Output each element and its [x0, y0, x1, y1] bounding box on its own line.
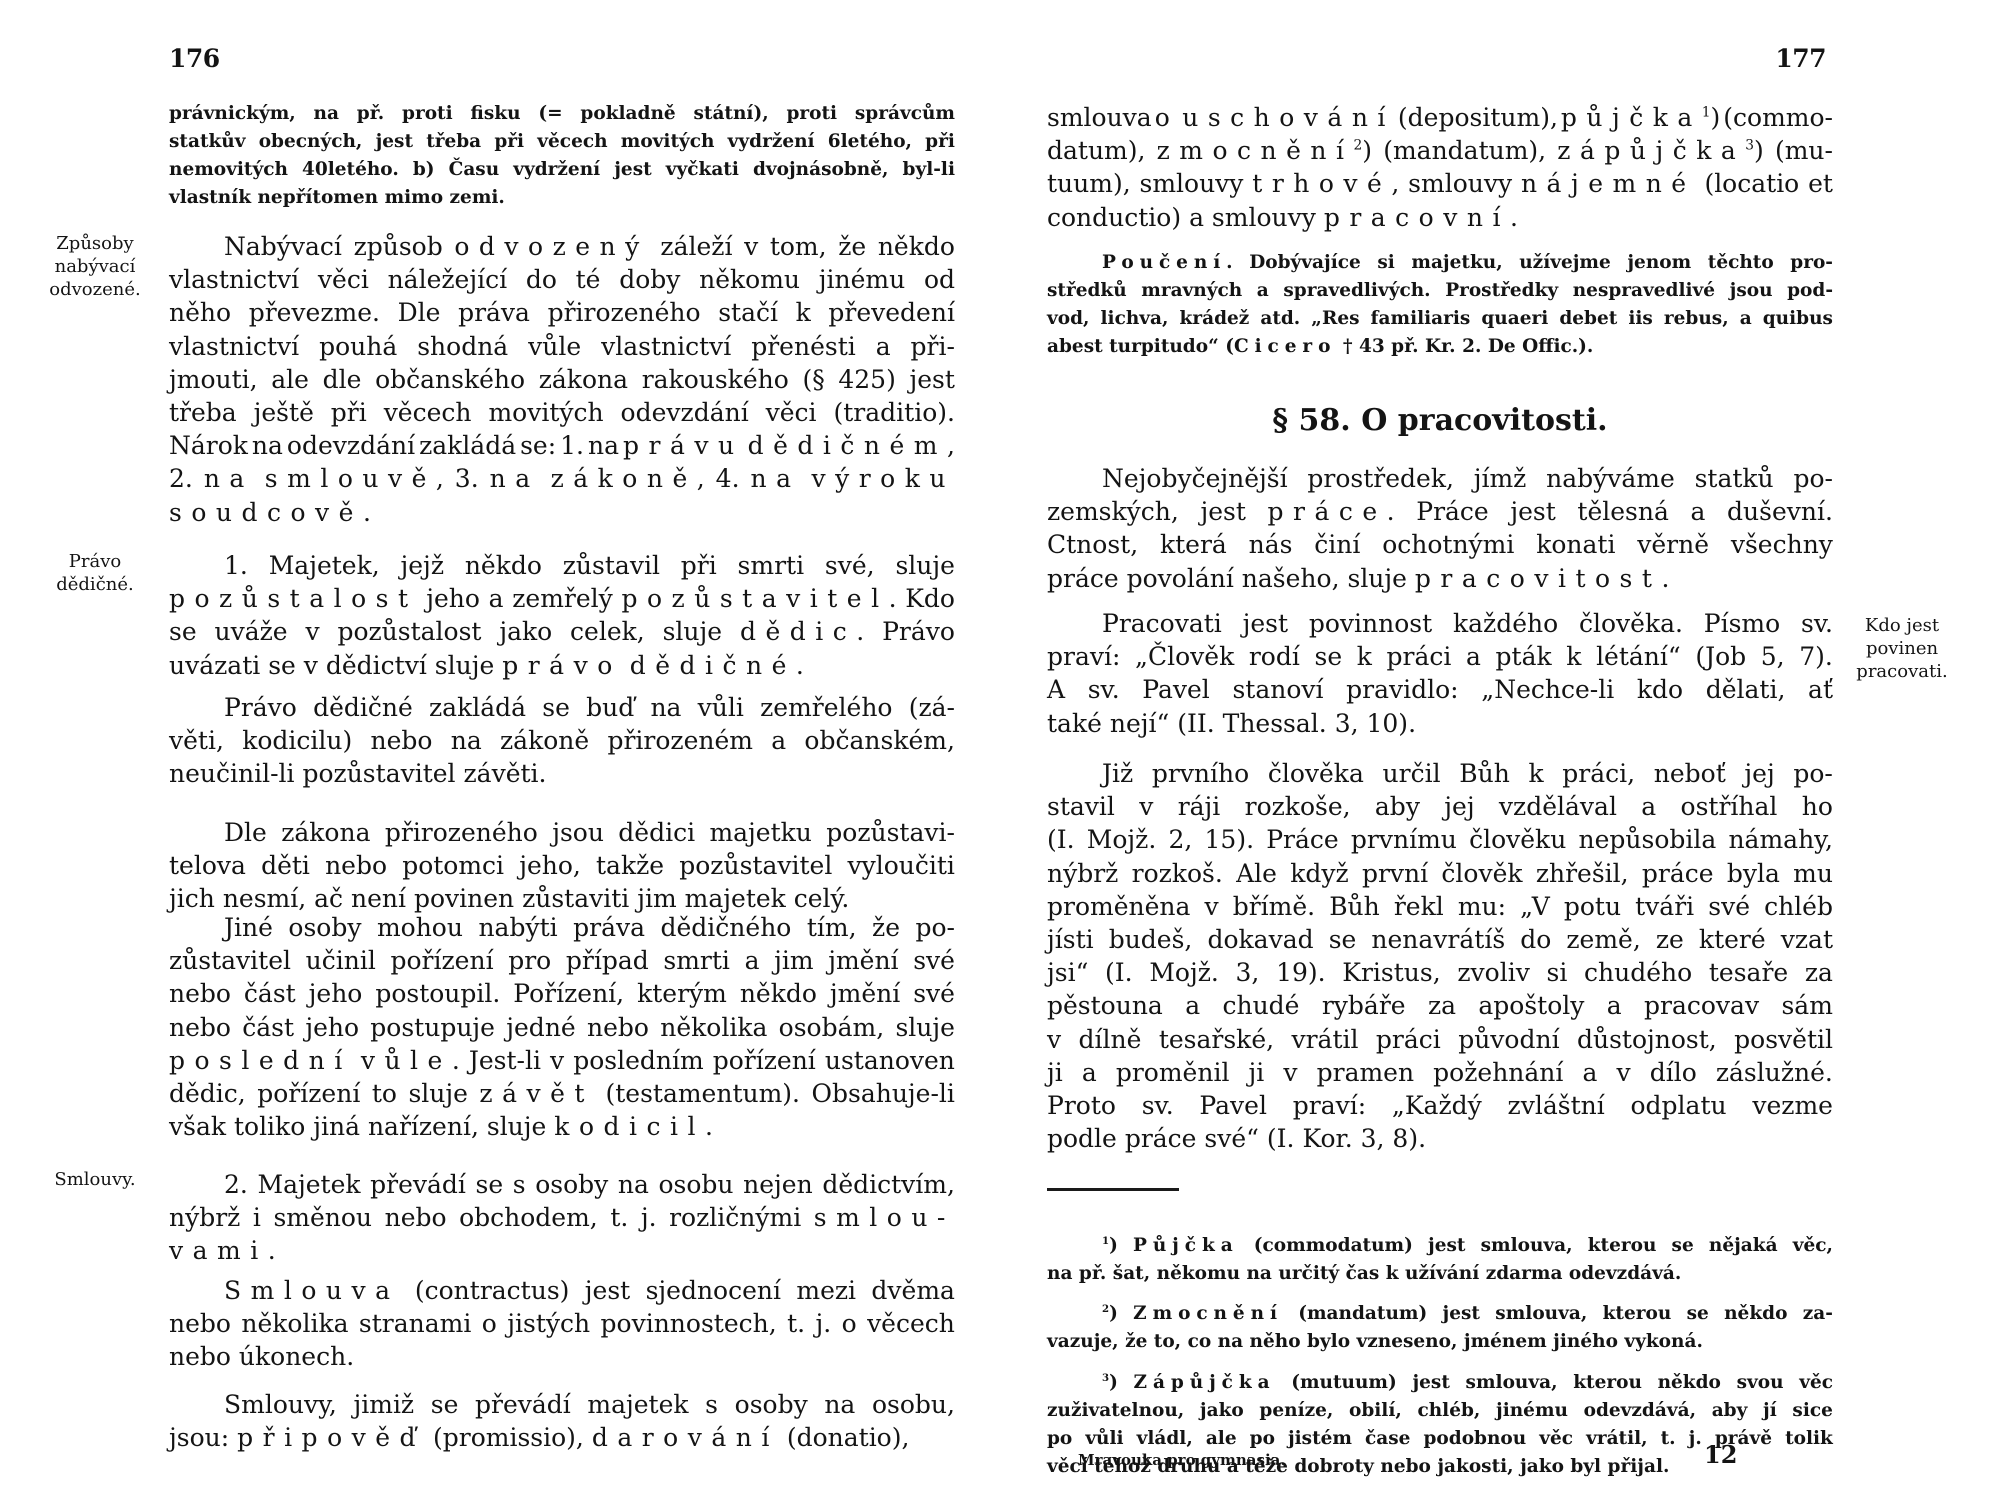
text-line: vdílnětesařské,vrátilprácipůvodnídůstojn… [1047, 1023, 1833, 1056]
word: prvnímu [1351, 825, 1457, 854]
text-line: zůstavitelučinilpořízenípropřípadsmrtiaj… [169, 944, 955, 977]
word: nenavrátíš [1371, 925, 1505, 954]
word: jmění [828, 946, 898, 975]
word: rozkoš. [1132, 859, 1223, 888]
word: svou [1737, 1372, 1784, 1393]
word: kodicilu) [242, 726, 352, 755]
word: 8). [1392, 1124, 1426, 1153]
emphasized-term: darování [592, 1423, 779, 1452]
word: zákona [281, 818, 370, 847]
word: zvláštní [1508, 1091, 1605, 1120]
word: mu: [1458, 892, 1506, 921]
word: 2. [224, 1170, 248, 1199]
text-line: neučinil-li pozůstavitel závěti. [169, 757, 955, 790]
word: jest [585, 1276, 630, 1305]
word: peníze, [1259, 1400, 1333, 1421]
word: vůli [698, 693, 744, 722]
word: postoupil. [375, 979, 500, 1008]
text-line: nebo úkonech. [169, 1340, 955, 1373]
word: rakouského [642, 365, 789, 394]
word: jmění [830, 979, 900, 1008]
word: na [1047, 1263, 1072, 1284]
word: tuum), [1047, 169, 1131, 198]
word: jímž [1474, 464, 1527, 493]
word: jedné [506, 1013, 575, 1042]
word: své [1708, 892, 1750, 921]
word: 6letého, [828, 131, 912, 152]
word: dělati, [1706, 675, 1786, 704]
word: 2. [1462, 336, 1481, 357]
word: . [705, 1112, 713, 1141]
word: 40letého. [302, 159, 399, 180]
word: osoby [535, 1170, 608, 1199]
text-line: pozůstalostjehoazemřelýpozůstavitel.Kdo [169, 582, 955, 615]
word: nepůsobila [1578, 825, 1716, 854]
word: povolání [1127, 564, 1234, 593]
word: zemřelého [760, 693, 892, 722]
text-line: nebočástjehopostoupil.Pořízení,kterýmněk… [169, 977, 955, 1010]
emphasized-term: zmocnění [1157, 136, 1354, 165]
word: (I. [1105, 958, 1133, 987]
word: na [824, 1390, 855, 1419]
word: několika [241, 1309, 348, 1338]
text-line: právnickým,např.protifisku(=pokladněstát… [169, 100, 955, 128]
word: Mojž. [1087, 825, 1157, 854]
text-line: nemovitých40letého.b)Časuvydrženíjestvyč… [169, 156, 955, 184]
word: jeho [426, 584, 480, 613]
word: nebo [169, 1309, 231, 1338]
word: j. [641, 1203, 657, 1232]
word: si [1547, 958, 1568, 987]
word: o [842, 1309, 857, 1338]
word: břímě. [1233, 892, 1315, 921]
text-line: nýbržrozkoš.Alekdyžprvníčlověkzhřešil,pr… [1047, 857, 1833, 890]
word: pro- [1790, 252, 1833, 273]
word: Prostředky [1445, 280, 1558, 301]
word: jim [637, 884, 676, 913]
word: smlouva, [1495, 1303, 1587, 1324]
word: potomci [402, 851, 504, 880]
text-line: neboněkolikastranamiojistýchpovinnostech… [169, 1307, 955, 1340]
word: věci [766, 398, 817, 427]
word: neučinil-li [169, 759, 295, 788]
word: lichva, [1101, 308, 1169, 329]
word: dědici [618, 818, 695, 847]
word: zůstavil [563, 551, 660, 580]
word: a [1641, 792, 1656, 821]
word: jsou [1730, 280, 1773, 301]
text-line: Právodědičnézakládásebuďnavůlizemřelého(… [169, 691, 955, 724]
text-line: Nároknaodevzdánízakládáse:1.naprávudědič… [169, 429, 955, 462]
text-line: vlastník nepřítomen mimo zemi. [169, 184, 955, 212]
word: dědičné [313, 693, 413, 722]
text-line: jístibudeš,dokavadsenenavrátíšdozemě,zek… [1047, 923, 1833, 956]
word: v [305, 617, 319, 646]
word: Offic.). [1522, 336, 1593, 357]
word: proměnil [1116, 1058, 1230, 1087]
word: Majetek, [269, 551, 380, 580]
word: byl-li [903, 159, 955, 180]
word: nejen [743, 1170, 813, 1199]
word: co [1188, 1331, 1212, 1352]
text-line: 1)Půjčka(commodatum)jestsmlouva,kterouse… [1047, 1232, 1833, 1260]
word: kterým [637, 979, 727, 1008]
word: činí [1314, 530, 1360, 559]
word: a [1740, 308, 1752, 329]
word: převedení [828, 298, 955, 327]
word: aby [1712, 1400, 1748, 1421]
word: nebo [385, 1203, 447, 1232]
word: závěti. [464, 759, 547, 788]
word: jenom [1627, 252, 1691, 273]
word: konati [1536, 530, 1615, 559]
word: Pořízení, [513, 979, 624, 1008]
word: země, [1566, 925, 1640, 954]
emphasized-term: na [204, 464, 254, 493]
word: vezme [1752, 1091, 1833, 1120]
text-line: vazuje, že to, co na něho bylo vzneseno,… [1047, 1328, 1833, 1356]
word: vzneseno, [1357, 1331, 1458, 1352]
emphasized-term: zápůjčka [1557, 136, 1745, 165]
word: ji [1047, 1058, 1063, 1087]
word: mu [1793, 859, 1833, 888]
word: jej [1444, 792, 1474, 821]
text-line: telovadětinebopotomcijeho,takžepozůstavi… [169, 849, 955, 882]
word: zákoně [500, 726, 589, 755]
word: Práce [1416, 497, 1488, 526]
word: zakládá [429, 693, 526, 722]
emphasized-term: na [750, 464, 800, 493]
word: „Každý [1392, 1091, 1482, 1120]
word: majetku [709, 818, 811, 847]
word: prostředek, [1307, 464, 1454, 493]
word: nebo [169, 1013, 231, 1042]
word: tím, [807, 913, 857, 942]
word: 7). [1799, 642, 1833, 671]
word: našeho, [1242, 564, 1340, 593]
word: t. [610, 1203, 628, 1232]
word: nemovitých [169, 159, 288, 180]
word: přirozeném [607, 726, 753, 755]
word: v [744, 232, 758, 261]
word: Dobývajíce [1249, 252, 1361, 273]
word: k [796, 298, 811, 327]
word: zemi. [450, 187, 505, 208]
word: conductio) [1047, 203, 1181, 232]
word: řekl [1394, 892, 1444, 921]
emphasized-term: připověď [237, 1423, 425, 1452]
word: někdo [1724, 1303, 1787, 1324]
word: rybáře [1322, 991, 1406, 1020]
word: práci [1387, 642, 1452, 671]
word: Bůh [1329, 892, 1380, 921]
word: Ale [1236, 859, 1277, 888]
word: , [1391, 169, 1399, 198]
word: v [1205, 892, 1219, 921]
word: na [314, 103, 339, 124]
word: a [876, 332, 891, 361]
word: po [1047, 1428, 1072, 1449]
word: nebo [1380, 1456, 1431, 1477]
word: Právo [882, 617, 955, 646]
emphasized-term: zákoně [551, 464, 697, 493]
word: 3. [455, 464, 479, 493]
word: Thessal. [1223, 709, 1327, 738]
word: 425) [838, 365, 895, 394]
word: rozličnými [669, 1203, 801, 1232]
word: převezme. [249, 298, 380, 327]
word: převádí [475, 1390, 571, 1419]
word: osobu, [872, 1390, 955, 1419]
word: do [1520, 925, 1551, 954]
word: všechny [1731, 530, 1833, 559]
word: jinému [1496, 1400, 1568, 1421]
word: aby [1375, 792, 1420, 821]
word: pořízení [391, 946, 494, 975]
word: potu [1564, 892, 1621, 921]
word: (mandatum), [1383, 136, 1546, 165]
footnote-marker: 3 [1745, 138, 1754, 154]
word: se [169, 617, 197, 646]
word: vyčkati [666, 159, 739, 180]
word: ) [1362, 136, 1372, 165]
word: a [1607, 991, 1622, 1020]
word: j. [1689, 1428, 1702, 1449]
word: jest [1428, 1235, 1465, 1256]
word: zuživatelnou, [1047, 1400, 1184, 1421]
word: v [1283, 1058, 1297, 1087]
word: 19). [1276, 958, 1326, 987]
word: někomu [699, 265, 800, 294]
word: na [252, 431, 283, 460]
word: tváři [1635, 892, 1694, 921]
word: ( [1225, 336, 1234, 357]
word: jmouti, [169, 365, 258, 394]
word: jest [1200, 497, 1245, 526]
word: vyloučiti [847, 851, 954, 880]
word: po- [915, 913, 955, 942]
word: že [1125, 1331, 1147, 1352]
word: v [304, 651, 318, 680]
word: ho [1802, 792, 1833, 821]
section-heading: § 58. O pracovitosti. [1047, 403, 1833, 438]
word: občanského [375, 365, 525, 394]
word: nebo [169, 979, 231, 1008]
word: movitých [621, 131, 715, 152]
text-line: 3)Zápůjčka(mutuum)jestsmlouva,kterouněkd… [1047, 1369, 1833, 1397]
word: případ [566, 946, 649, 975]
word: zůstavitel [169, 946, 291, 975]
text-line: soudcově. [169, 496, 955, 529]
word: mezi [796, 1276, 856, 1305]
word: každého [1453, 609, 1558, 638]
word: v [1617, 1058, 1631, 1087]
word: . [268, 1236, 276, 1265]
word: práce [1642, 859, 1714, 888]
word: Mojž. [1149, 958, 1219, 987]
word: dvojnásobně, [753, 159, 889, 180]
word: sluje [895, 1013, 954, 1042]
text-line: stavilvrájirozkoše,abyjejvzdělávalaostří… [1047, 790, 1833, 823]
page-number: 177 [1775, 44, 1826, 73]
text-line: seuváževpozůstalostjakocelek,slujedědic.… [169, 615, 955, 648]
word: 2, [1168, 825, 1192, 854]
word: Již [1102, 759, 1133, 788]
text-line: práce povolání našeho, sluje pracovitost… [1047, 562, 1833, 595]
word: 1. [560, 431, 584, 460]
word: jest [1412, 1372, 1449, 1393]
word: vrátil, [1586, 1428, 1648, 1449]
emphasized-term: Cicero [1234, 336, 1336, 357]
word: posledním [573, 1046, 703, 1075]
book-title-footer: Mravouka pro gymnasia. [1078, 1451, 1286, 1469]
margin-note-kdo-jest: Kdo jestpovinenpracovati. [1838, 614, 1966, 683]
word: (commodatum) [1254, 1235, 1413, 1256]
word: někomu [1157, 1263, 1240, 1284]
word: a [771, 726, 786, 755]
word: pořízení [257, 1079, 360, 1108]
word: při [494, 131, 524, 152]
word: smlouvy [1408, 169, 1512, 198]
word: podobnou [1423, 1428, 1526, 1449]
word: nebo [169, 1342, 231, 1371]
word: jimiž [353, 1390, 414, 1419]
right-page: 177 smlouvaouschování(depositum),půjčka1… [996, 0, 1992, 1500]
word: kterou [1588, 1235, 1657, 1256]
word: chudé [1222, 991, 1299, 1020]
margin-note-line: nabývací [36, 255, 154, 278]
word: doby [619, 265, 680, 294]
emphasized-term: nájemné [1521, 169, 1696, 198]
word: věcech [537, 131, 607, 152]
word: sluje [435, 651, 494, 680]
word: . [856, 617, 864, 646]
word: jest [1510, 497, 1555, 526]
word: třeba [426, 131, 481, 152]
word: jim [774, 946, 813, 975]
word: přirozeného [548, 298, 701, 327]
left-page: 176 Způsobynabývacíodvozené.Právodědičné… [0, 0, 996, 1500]
emphasized-term: pozůstavitel [622, 584, 889, 613]
word: nabýti [478, 913, 557, 942]
word: čase [1365, 1428, 1410, 1449]
word: zákona [539, 365, 628, 394]
word: odevzdává, [1584, 1400, 1696, 1421]
text-line: také nejí“ (II. Thessal. 3, 10). [1047, 707, 1833, 740]
word: požehnání [1433, 1058, 1563, 1087]
word: ale [1206, 1428, 1237, 1449]
emphasized-term: na [490, 464, 540, 493]
word: datum), [1047, 136, 1145, 165]
word: své [913, 946, 955, 975]
word: státní), [693, 103, 768, 124]
emphasized-term: poslední [169, 1046, 352, 1075]
text-line: vlastnictvípouháshodnávůlevlastnictvípře… [169, 330, 955, 363]
emphasized-term: právu [623, 431, 744, 460]
word: jakosti, [1437, 1456, 1513, 1477]
word: za- [1803, 1303, 1833, 1324]
word: (= [538, 103, 562, 124]
word: sv. [1088, 675, 1120, 704]
word: po- [1793, 759, 1833, 788]
word: není [351, 884, 406, 913]
word: et [1808, 169, 1833, 198]
word: uvázati [169, 651, 260, 680]
text-line: na př. šat, někomu na určitý čas k užívá… [1047, 1260, 1833, 1288]
emphasized-term: dědičné [630, 651, 796, 680]
word: nejí“ [1110, 709, 1169, 738]
word: těchto [1708, 252, 1774, 273]
text-line: praví:„Člověkrodísekpráciaptákklétání“(J… [1047, 640, 1833, 673]
word: létání“ [1596, 642, 1681, 671]
word: v [1047, 1025, 1061, 1054]
word: nějaká [1709, 1235, 1778, 1256]
word: † [1343, 336, 1353, 357]
text-line: vlastnictvívěcináležejícídotédobyněkomuj… [169, 263, 955, 296]
emphasized-term: vami [169, 1236, 268, 1265]
word: . [889, 584, 897, 613]
word: šat, [1113, 1263, 1150, 1284]
word: ) [1711, 103, 1721, 132]
word: osoby [288, 913, 361, 942]
word: pozůstavitel [302, 759, 455, 788]
emphasized-term: Poučení [1102, 252, 1226, 273]
word: člověka. [1579, 609, 1683, 638]
word: smrti [663, 946, 730, 975]
text-line: Pracovatijestpovinnostkaždéhočlověka.Pís… [1047, 607, 1833, 640]
word: dílně [1079, 1025, 1142, 1054]
word: práce [1047, 564, 1119, 593]
word: 2. [169, 464, 193, 493]
word: zemských, [1047, 497, 1179, 526]
word: středků [1047, 280, 1127, 301]
word: jest [614, 159, 651, 180]
margin-note-line: Způsoby [36, 232, 154, 255]
word: rozkoše, [1245, 792, 1351, 821]
word: dědictvím, [822, 1170, 955, 1199]
word: smlouvy [1140, 169, 1244, 198]
word: (depositum), [1398, 103, 1558, 132]
word: proměněna [1047, 892, 1190, 921]
word: . [363, 498, 371, 527]
word: sice [1792, 1400, 1832, 1421]
text-line: smlouvaouschování(depositum),půjčka1)(co… [1047, 101, 1833, 134]
text-line: JižprvníhočlověkaurčilBůhkpráci,neboťjej… [1047, 757, 1833, 790]
word: jí [1763, 1400, 1777, 1421]
word: (Job [1695, 642, 1746, 671]
word: to, [1154, 1331, 1181, 1352]
emphasized-term: o [1155, 103, 1180, 132]
word: však [169, 1112, 226, 1141]
word: quibus [1763, 308, 1833, 329]
word: j. [815, 1309, 831, 1338]
word: dědic, [169, 1079, 246, 1108]
word: sluje [487, 1112, 546, 1141]
word: smlouva [1047, 103, 1152, 132]
word: sjednocení [646, 1276, 781, 1305]
word: původní [1458, 1025, 1559, 1054]
word: člověku [1469, 825, 1566, 854]
word: jsi“ [1047, 958, 1088, 987]
word: ráji [1178, 792, 1221, 821]
word: pěstouna [1047, 991, 1163, 1020]
word: nepřítomen [257, 187, 378, 208]
word: mohou [377, 913, 463, 942]
word: povinen [414, 884, 514, 913]
word: vlastník [169, 187, 251, 208]
word: se [476, 1170, 504, 1199]
word: vlastnictví [601, 332, 731, 361]
